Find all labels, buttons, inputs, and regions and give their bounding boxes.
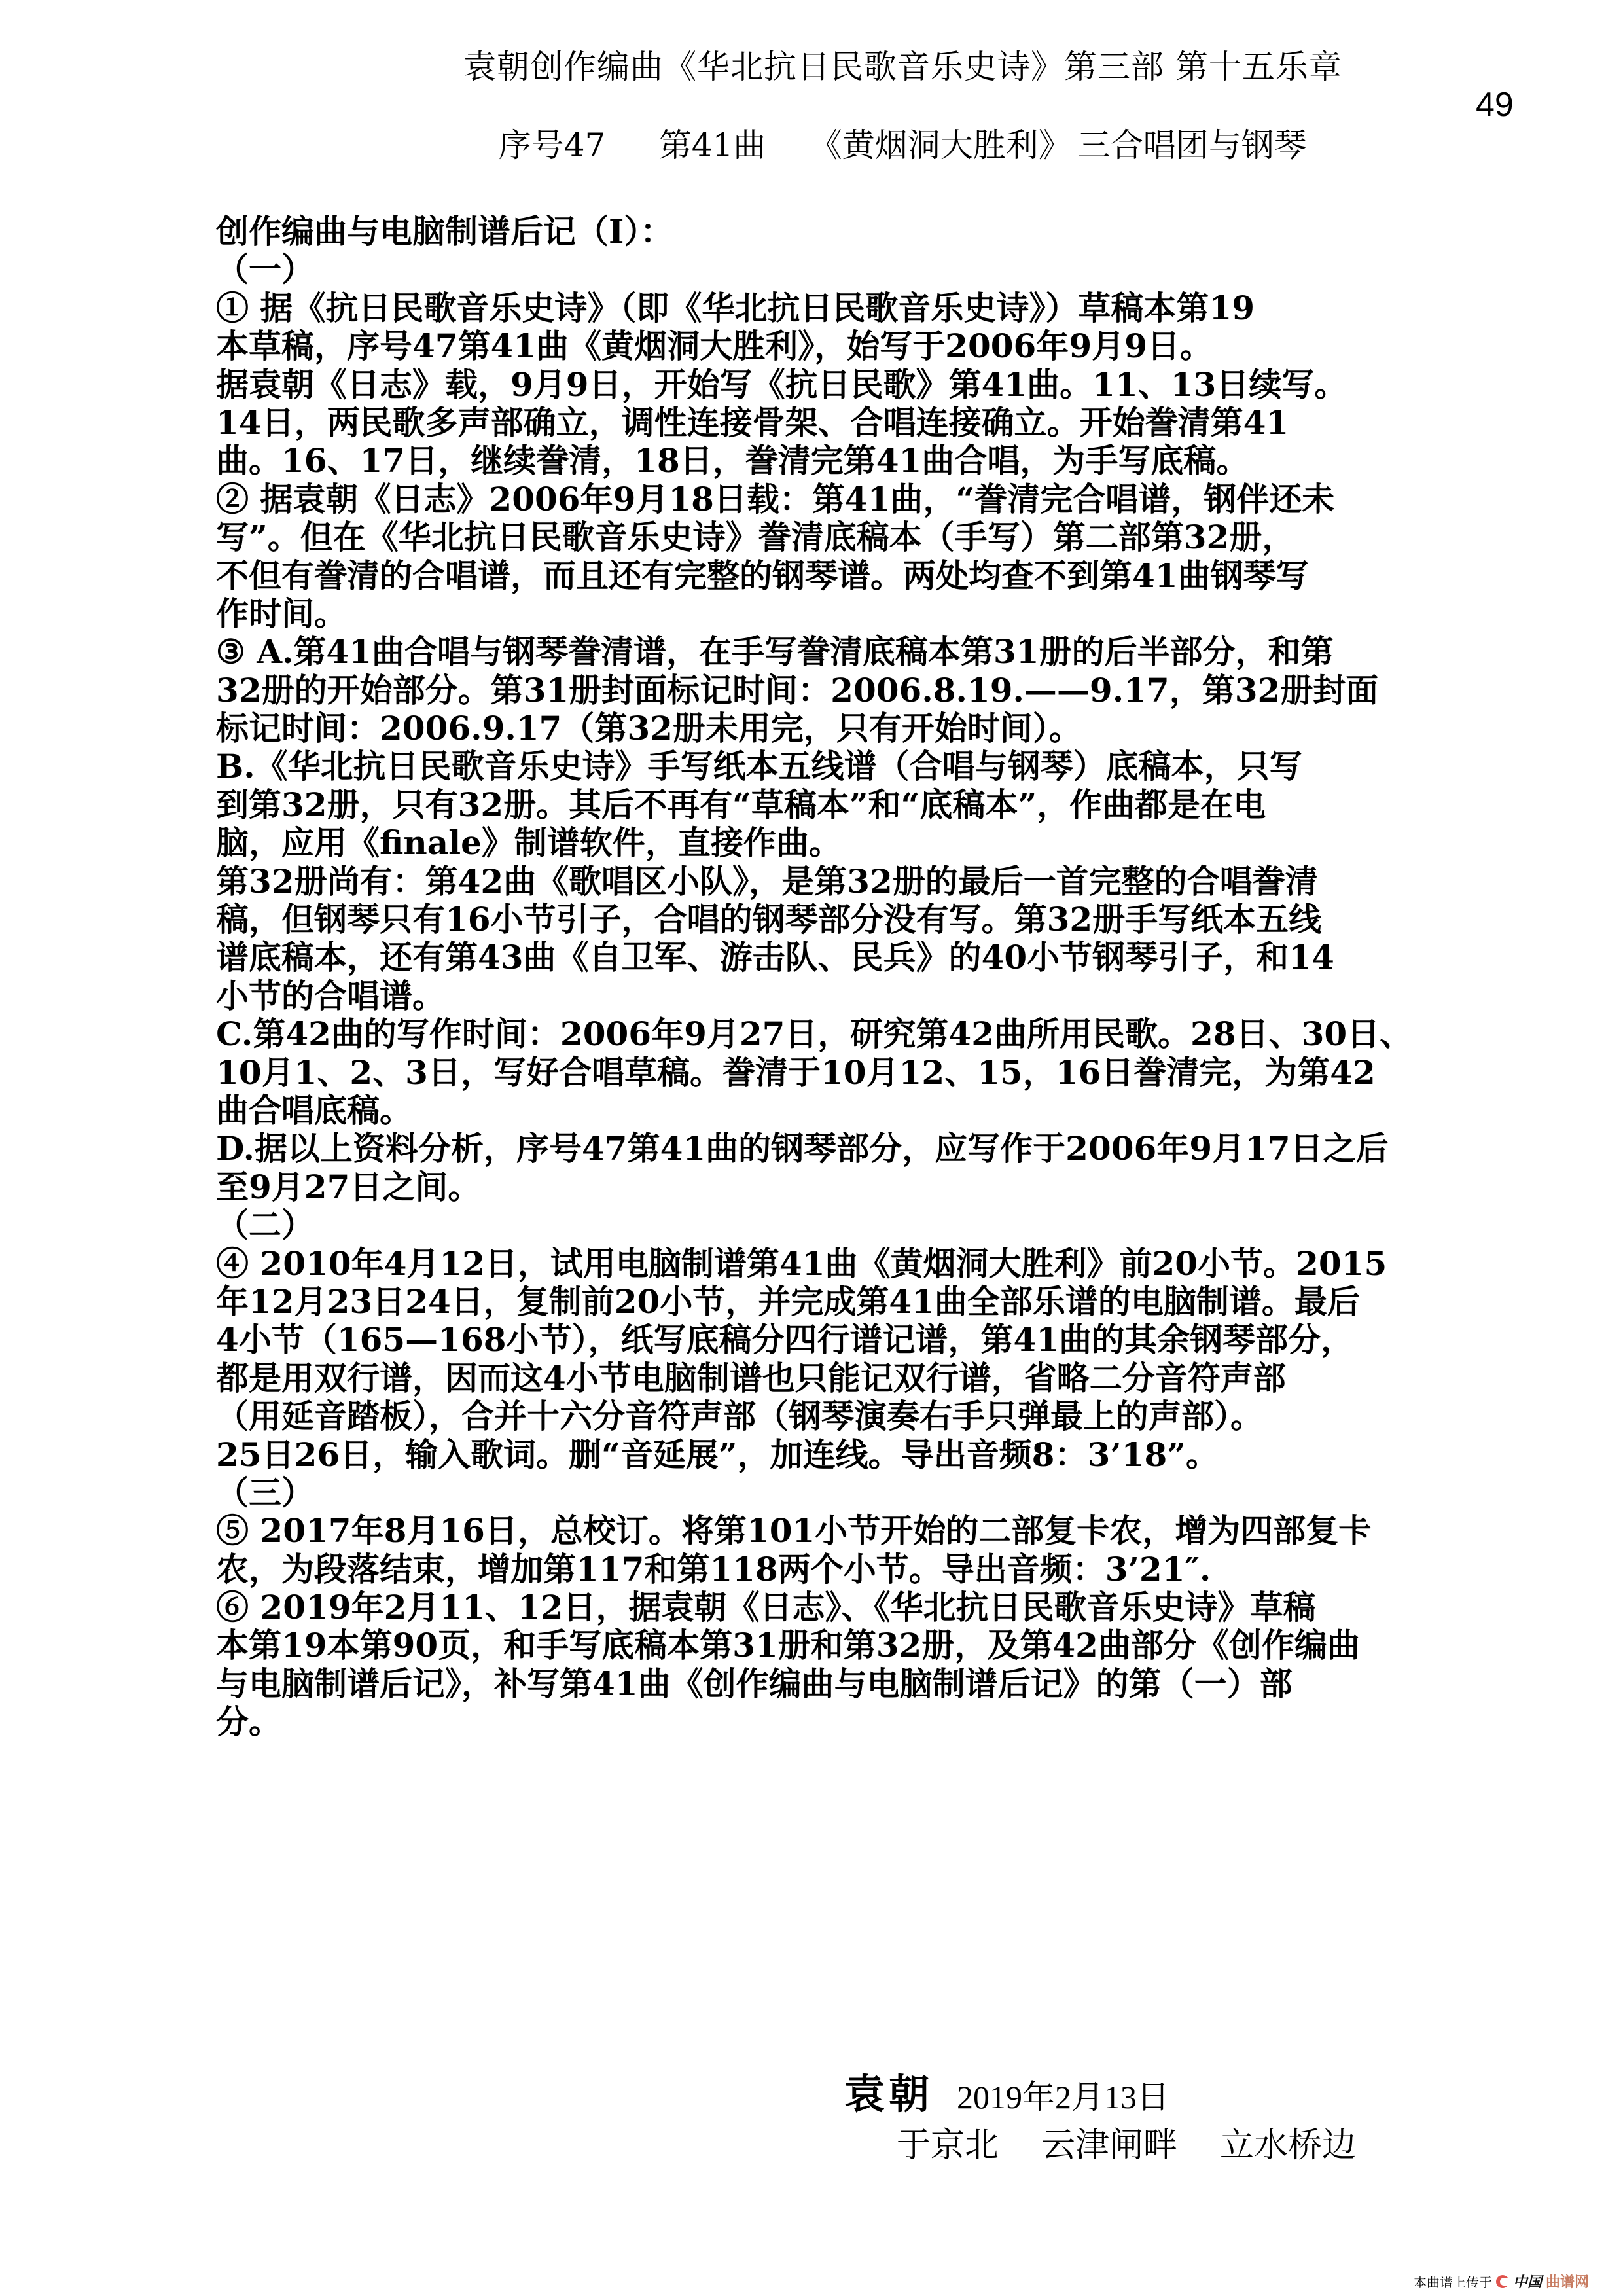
text-line: 据袁朝《日志》载，9月9日，开始写《抗日民歌》第41曲。11、13日续写。 — [216, 366, 1512, 404]
section-marker: （二） — [216, 1206, 1512, 1244]
text-line: 第32册尚有：第42曲《歌唱区小队》，是第32册的最后一首完整的合唱誊清 — [216, 863, 1512, 901]
text-line: B.《华北抗日民歌音乐史诗》手写纸本五线谱（合唱与钢琴）底稿本，只写 — [216, 747, 1512, 785]
piece-number: 第41曲 — [659, 126, 810, 165]
text-line: ② 据袁朝《日志》2006年9月18日载：第41曲，“誊清完合唱谱，钢伴还未 — [216, 480, 1512, 518]
signature-block: 袁朝2019年2月13日 — [844, 2062, 1169, 2120]
text-line: 作时间。 — [216, 595, 1512, 633]
author-signature: 袁朝 — [844, 2070, 933, 2118]
text-line: 脑，应用《finale》制谱软件，直接作曲。 — [216, 824, 1512, 862]
text-line: 32册的开始部分。第31册封面标记时间：2006.8.19.——9.17，第32… — [216, 672, 1512, 709]
text-line: ⑥ 2019年2月11、12日，据袁朝《日志》、《华北抗日民歌音乐史诗》草稿 — [216, 1588, 1512, 1626]
text-line: 与电脑制谱后记》，补写第41曲《创作编曲与电脑制谱后记》的第（一）部 — [216, 1665, 1512, 1703]
upload-text: 本曲谱上传于 — [1414, 2272, 1492, 2291]
text-line: 到第32册，只有32册。其后不再有“草稿本”和“底稿本”，作曲都是在电 — [216, 786, 1512, 824]
text-line: 曲合唱底稿。 — [216, 1092, 1512, 1130]
sequence-number: 序号47 — [499, 126, 659, 165]
heading: 创作编曲与电脑制谱后记（Ⅰ）： — [216, 213, 1512, 251]
site-name: 曲谱网 — [1546, 2271, 1589, 2291]
text-line: 写”。但在《华北抗日民歌音乐史诗》誊清底稿本（手写）第二部第32册， — [216, 518, 1512, 556]
text-line: ⑤ 2017年8月16日，总校订。将第101小节开始的二部复卡农，增为四部复卡 — [216, 1512, 1512, 1550]
text-line: 本草稿，序号47第41曲《黄烟洞大胜利》，始写于2006年9月9日。 — [216, 327, 1512, 365]
text-line: 14日，两民歌多声部确立，调性连接骨架、合唱连接确立。开始誊清第41 — [216, 404, 1512, 442]
signature-date: 2019年2月13日 — [957, 2079, 1169, 2115]
site-logo-icon — [1496, 2275, 1509, 2288]
running-header-subtitle: 序号47第41曲《黄烟洞大胜利》三合唱团与钢琴 — [478, 86, 1307, 165]
site-name-cn: 中国 — [1513, 2271, 1542, 2291]
text-line: 农，为段落结束，增加第117和第118两个小节。导出音频：3’21″. — [216, 1551, 1512, 1588]
text-line: （用延音踏板），合并十六分音符声部（钢琴演奏右手只弹最上的声部）。 — [216, 1397, 1512, 1435]
text-line: ① 据《抗日民歌音乐史诗》（即《华北抗日民歌音乐史诗》）草稿本第19 — [216, 289, 1512, 327]
text-line: 10月1、2、3日，写好合唱草稿。誊清于10月12、15，16日誊清完，为第42 — [216, 1054, 1512, 1092]
text-line: 谱底稿本，还有第43曲《自卫军、游击队、民兵》的40小节钢琴引子，和14 — [216, 939, 1512, 977]
text-line: 4小节（165—168小节），纸写底稿分四行谱记谱，第41曲的其余钢琴部分， — [216, 1321, 1512, 1359]
text-line: 年12月23日24日，复制前20小节，并完成第41曲全部乐谱的电脑制谱。最后 — [216, 1283, 1512, 1321]
section-marker: （三） — [216, 1474, 1512, 1512]
text-line: 都是用双行谱，因而这4小节电脑制谱也只能记双行谱，省略二分音符声部 — [216, 1359, 1512, 1397]
text-line: 本第19本第90页，和手写底稿本第31册和第32册，及第42曲部分《创作编曲 — [216, 1626, 1512, 1664]
text-line: 至9月27日之间。 — [216, 1168, 1512, 1206]
piece-title: 《黄烟洞大胜利》 — [810, 126, 1078, 165]
text-line: D.据以上资料分析，序号47第41曲的钢琴部分，应写作于2006年9月17日之后 — [216, 1130, 1512, 1168]
text-line: ④ 2010年4月12日，试用电脑制谱第41曲《黄烟洞大胜利》前20小节。201… — [216, 1245, 1512, 1283]
text-line: 分。 — [216, 1703, 1512, 1741]
section-marker: （一） — [216, 251, 1512, 289]
text-line: 不但有誊清的合唱谱，而且还有完整的钢琴谱。两处均查不到第41曲钢琴写 — [216, 557, 1512, 595]
text-line: 标记时间：2006.9.17（第32册未用完，只有开始时间）。 — [216, 709, 1512, 747]
text-line: 小节的合唱谱。 — [216, 977, 1512, 1015]
ensemble: 三合唱团与钢琴 — [1078, 126, 1307, 165]
text-line: 25日26日，输入歌词。删“音延展”，加连线。导出音频8：3’18”。 — [216, 1436, 1512, 1474]
text-line: ③ A.第41曲合唱与钢琴誊清谱，在手写誊清底稿本第31册的后半部分，和第 — [216, 633, 1512, 671]
running-header-title: 袁朝创作编曲《华北抗日民歌音乐史诗》第三部 第十五乐章 — [463, 47, 1342, 86]
text-line: 稿，但钢琴只有16小节引子，合唱的钢琴部分没有写。第32册手写纸本五线 — [216, 901, 1512, 939]
upload-watermark: 本曲谱上传于 中国 曲谱网 — [1414, 2271, 1589, 2291]
afterword-body: 创作编曲与电脑制谱后记（Ⅰ）： （一） ① 据《抗日民歌音乐史诗》（即《华北抗日… — [216, 213, 1512, 1742]
signature-location: 于京北 云津闸畔 立水桥边 — [897, 2117, 1356, 2166]
text-line: 曲。16、17日，继续誊清，18日，誊清完第41曲合唱，为手写底稿。 — [216, 442, 1512, 480]
page-number: 49 — [1476, 85, 1514, 124]
text-line: C.第42曲的写作时间：2006年9月27日，研究第42曲所用民歌。28日、30… — [216, 1015, 1512, 1053]
